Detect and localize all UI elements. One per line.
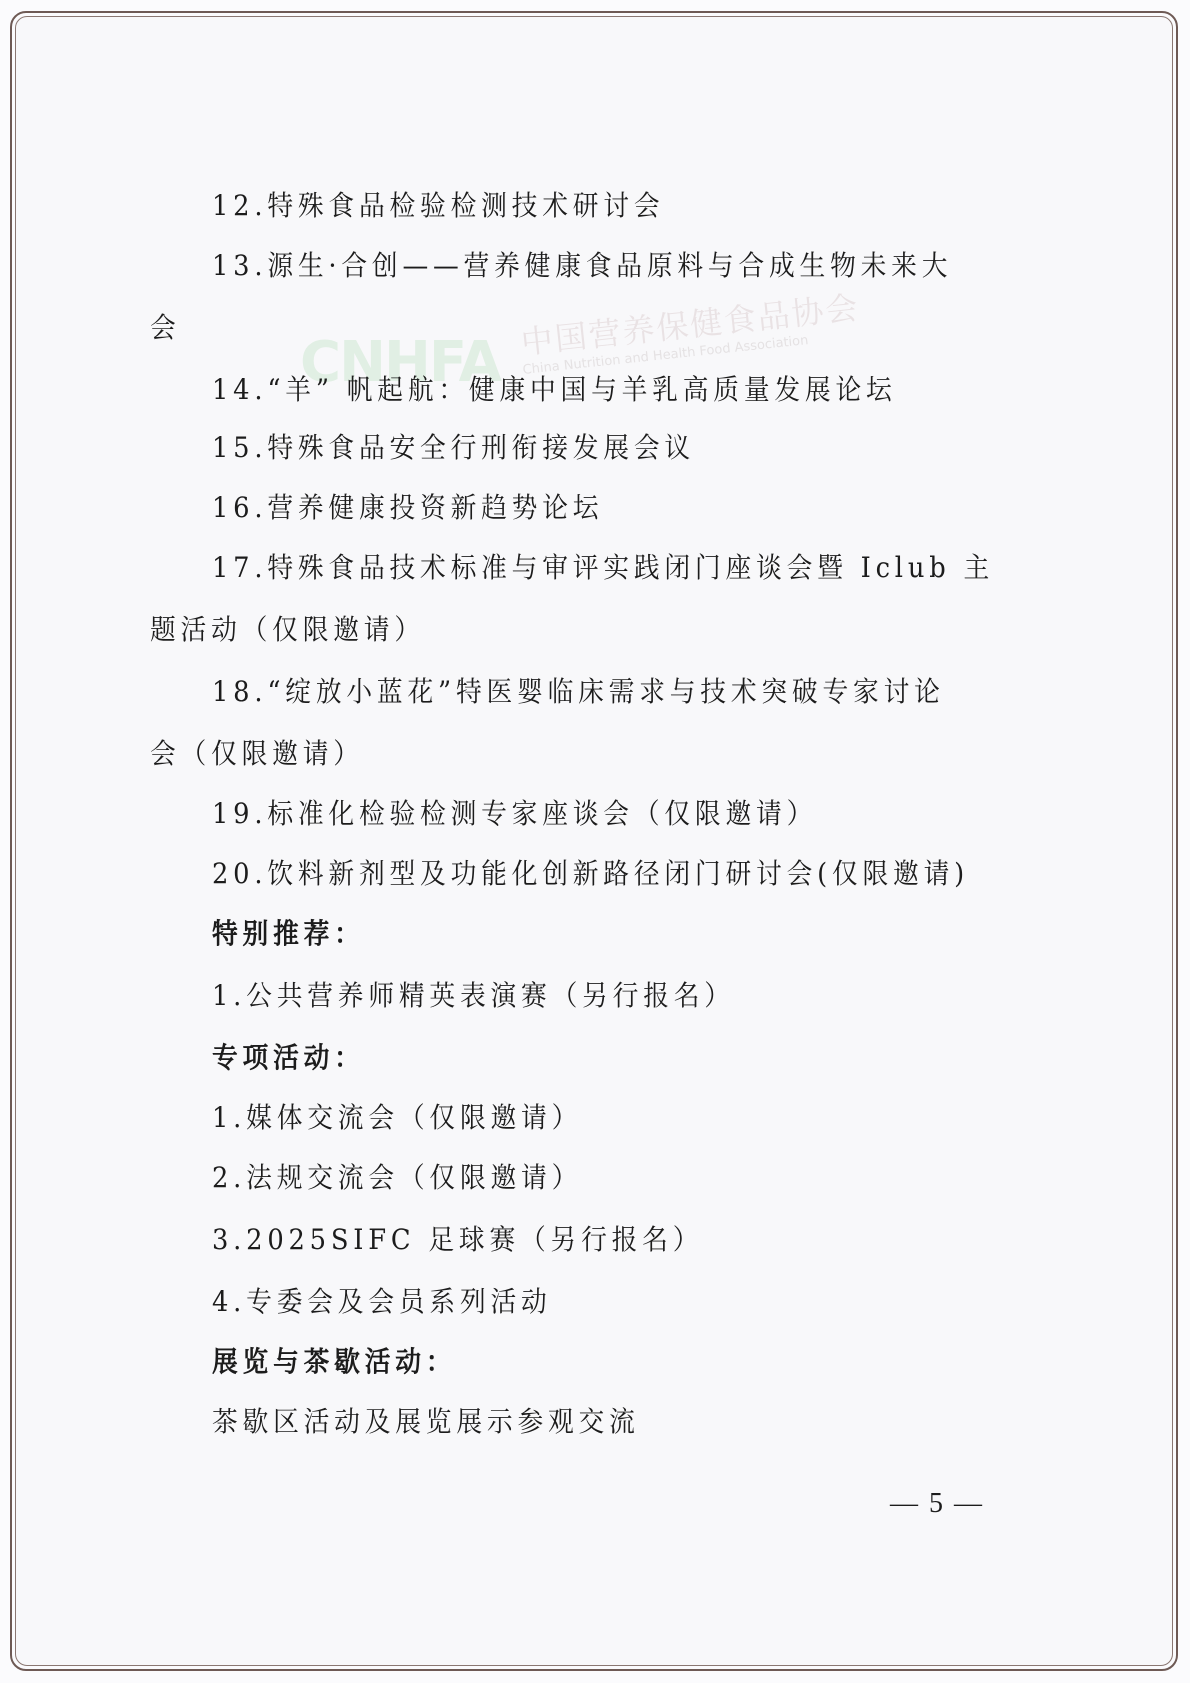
list-item: 茶歇区活动及展览展示参观交流 [212, 1404, 640, 1440]
list-item: 20.饮料新剂型及功能化创新路径闭门研讨会(仅限邀请) [212, 856, 969, 892]
list-item: 18.“绽放小蓝花”特医婴临床需求与技术突破专家讨论 [212, 674, 945, 710]
list-item: 17.特殊食品技术标准与审评实践闭门座谈会暨 Iclub 主 [212, 550, 994, 586]
list-item: 2.法规交流会（仅限邀请） [212, 1160, 582, 1196]
list-item: 19.标准化检验检测专家座谈会（仅限邀请） [212, 796, 817, 832]
list-item: 13.源生·合创——营养健康食品原料与合成生物未来大 [212, 248, 952, 284]
list-item: 3.2025SIFC 足球赛（另行报名） [212, 1222, 703, 1258]
list-item: 题活动（仅限邀请） [150, 612, 425, 648]
list-item: 15.特殊食品安全行刑衔接发展会议 [212, 430, 695, 466]
section-heading: 展览与茶歇活动： [212, 1344, 456, 1380]
list-item: 1.公共营养师精英表演赛（另行报名） [212, 978, 735, 1014]
list-item: 16.营养健康投资新趋势论坛 [212, 490, 603, 526]
section-heading: 特别推荐： [212, 916, 365, 952]
list-item: 1.媒体交流会（仅限邀请） [212, 1100, 582, 1136]
list-item: 4.专委会及会员系列活动 [212, 1284, 552, 1320]
section-heading: 专项活动： [212, 1040, 365, 1076]
list-item: 12.特殊食品检验检测技术研讨会 [212, 188, 664, 224]
list-item: 会 [150, 310, 181, 346]
list-item: 会（仅限邀请） [150, 736, 364, 772]
list-item: 14.“羊” 帆起航：健康中国与羊乳高质量发展论坛 [212, 372, 897, 408]
page-number: — 5 — [890, 1488, 984, 1520]
